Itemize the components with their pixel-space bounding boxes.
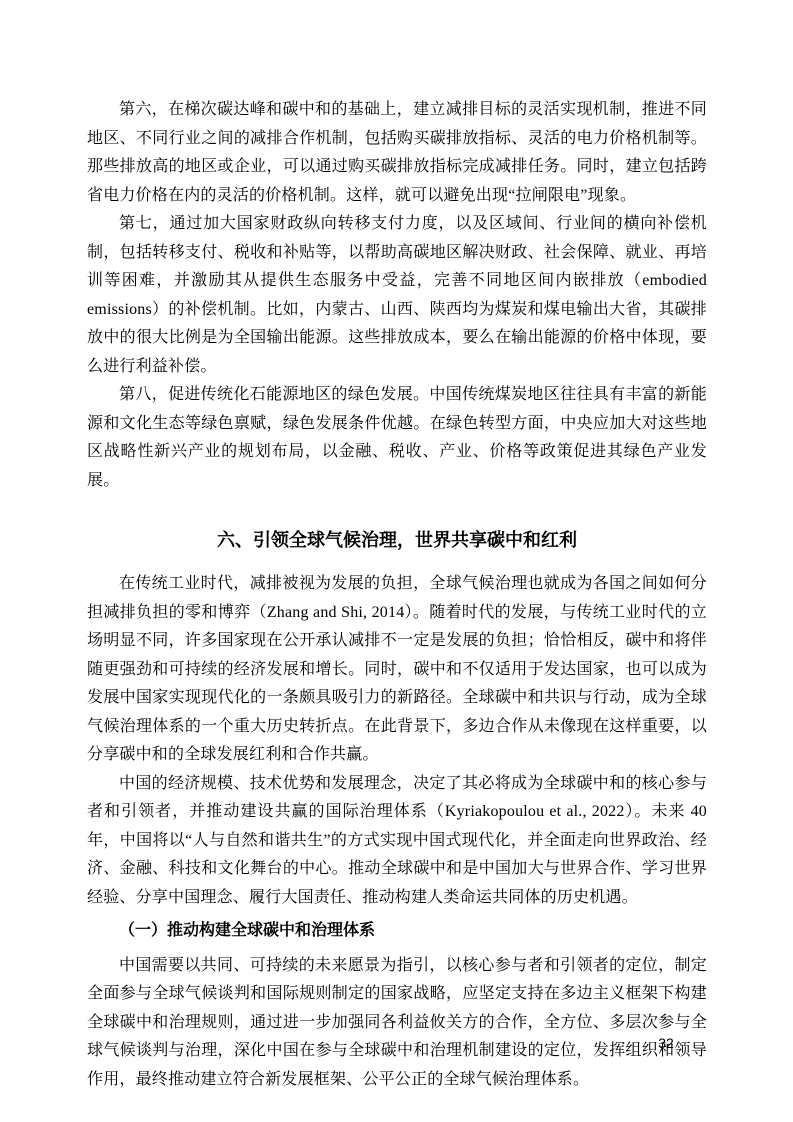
paragraph-sixth-measure: 第六，在梯次碳达峰和碳中和的基础上，建立减排目标的灵活实现机制，推进不同地区、不… [87, 96, 707, 210]
paragraph-governance-strategy: 中国需要以共同、可持续的未来愿景为指引，以核心参与者和引领者的定位，制定全面参与… [87, 952, 707, 1095]
subsection-heading-one: （一）推动构建全球碳中和治理体系 [87, 917, 707, 946]
paragraph-china-role: 中国的经济规模、技术优势和发展理念，决定了其必将成为全球碳中和的核心参与者和引领… [87, 770, 707, 913]
paragraph-seventh-measure: 第七，通过加大国家财政纵向转移支付力度，以及区域间、行业间的横向补偿机制，包括转… [87, 210, 707, 381]
page-number: 32 [648, 1035, 684, 1051]
document-page: 第六，在梯次碳达峰和碳中和的基础上，建立减排目标的灵活实现机制，推进不同地区、不… [0, 0, 793, 1122]
text-content-area: 第六，在梯次碳达峰和碳中和的基础上，建立减排目标的灵活实现机制，推进不同地区、不… [87, 0, 707, 1094]
paragraph-global-governance-intro: 在传统工业时代，减排被视为发展的负担，全球气候治理也就成为各国之间如何分担减排负… [87, 570, 707, 770]
paragraph-eighth-measure: 第八，促进传统化石能源地区的绿色发展。中国传统煤炭地区往往具有丰富的新能源和文化… [87, 381, 707, 495]
section-heading-six: 六、引领全球气候治理，世界共享碳中和红利 [87, 525, 707, 555]
